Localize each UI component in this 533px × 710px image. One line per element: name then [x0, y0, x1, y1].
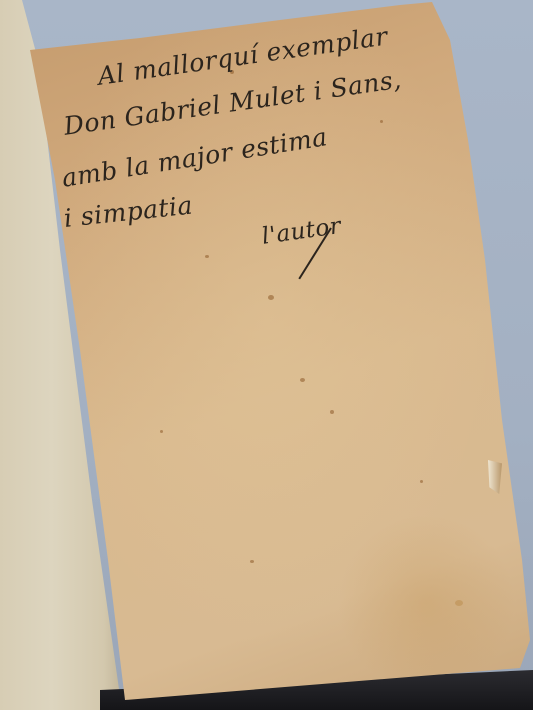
foxing-spot	[268, 295, 274, 300]
foxing-spot	[160, 430, 163, 433]
foxing-spot	[455, 600, 463, 606]
book-photo: Al mallorquí exemplar Don Gabriel Mulet …	[0, 0, 533, 710]
foxing-spot	[300, 378, 305, 382]
foxing-spot	[330, 410, 334, 414]
foxing-spot	[420, 480, 423, 483]
foxing-spot	[205, 255, 209, 258]
foxing-spot	[250, 560, 254, 563]
foxing-spot	[380, 120, 383, 123]
